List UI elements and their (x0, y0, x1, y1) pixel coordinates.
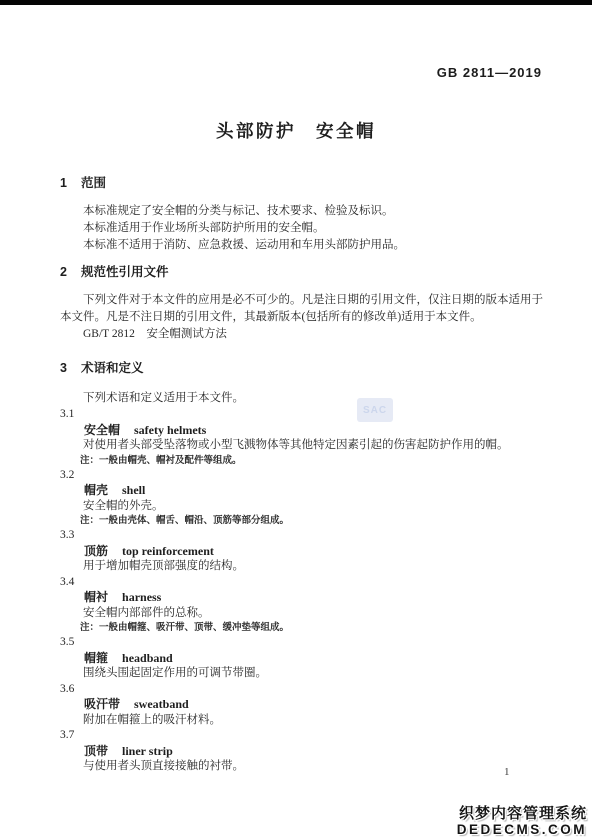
section-number: 3 (60, 360, 67, 376)
paragraph: 下列术语和定义适用于本文件。 (60, 390, 544, 407)
section-3-intro: 下列术语和定义适用于本文件。 (60, 390, 544, 407)
term-en: sweatband (134, 697, 189, 711)
cms-watermark: 织梦内容管理系统 DEDECMS.COM (457, 805, 587, 838)
term-note: 注：一般由壳体、帽舌、帽沿、顶筋等部分组成。 (60, 514, 544, 528)
term-block: 3.4 帽衬harness 安全帽内部部件的总称。 注：一般由帽箍、吸汗带、顶带… (60, 575, 544, 636)
term-zh: 顶带 (84, 744, 108, 758)
section-title: 范围 (81, 176, 106, 190)
section-number: 2 (60, 264, 67, 280)
terms-list: 3.1 安全帽safety helmets 对使用者头部受坠落物或小型飞溅物体等… (60, 407, 544, 775)
cms-watermark-line1: 织梦内容管理系统 (457, 805, 587, 822)
term-block: 3.2 帽壳shell 安全帽的外壳。 注：一般由壳体、帽舌、帽沿、顶筋等部分组… (60, 468, 544, 529)
page-number: 1 (504, 766, 510, 778)
term-definition: 安全帽内部部件的总称。 (60, 606, 544, 622)
section-title: 术语和定义 (81, 361, 144, 375)
paragraph: 本标准不适用于消防、应急救援、运动用和车用头部防护用品。 (60, 237, 544, 254)
term-line: 顶带liner strip (60, 744, 544, 760)
normative-reference: GB/T 2812 安全帽测试方法 (60, 326, 544, 343)
term-definition: 附加在帽箍上的吸汗材料。 (60, 713, 544, 729)
term-note: 注：一般由帽箍、吸汗带、顶带、缓冲垫等组成。 (60, 621, 544, 635)
section-3-heading: 3术语和定义 (60, 360, 544, 376)
paragraph: 本标准适用于作业场所头部防护所用的安全帽。 (60, 220, 544, 237)
term-number: 3.1 (60, 407, 544, 423)
term-block: 3.1 安全帽safety helmets 对使用者头部受坠落物或小型飞溅物体等… (60, 407, 544, 468)
term-en: harness (122, 590, 161, 604)
term-line: 帽衬harness (60, 590, 544, 606)
term-zh: 顶筋 (84, 544, 108, 558)
doc-code: GB 2811—2019 (437, 66, 542, 80)
document-page: GB 2811—2019 头部防护 安全帽 1范围 本标准规定了安全帽的分类与标… (0, 0, 592, 839)
term-number: 3.6 (60, 682, 544, 698)
paragraph: 本标准规定了安全帽的分类与标记、技术要求、检验及标识。 (60, 203, 544, 220)
term-block: 3.7 顶带liner strip 与使用者头顶直接接触的衬带。 (60, 728, 544, 775)
page-title: 头部防护 安全帽 (0, 118, 592, 143)
term-en: headband (122, 651, 173, 665)
term-number: 3.4 (60, 575, 544, 591)
term-number: 3.5 (60, 635, 544, 651)
term-zh: 安全帽 (84, 423, 120, 437)
document-body: 1范围 本标准规定了安全帽的分类与标记、技术要求、检验及标识。 本标准适用于作业… (60, 175, 544, 775)
term-zh: 帽壳 (84, 483, 108, 497)
term-en: liner strip (122, 744, 173, 758)
term-en: shell (122, 483, 145, 497)
term-number: 3.7 (60, 728, 544, 744)
term-line: 帽箍headband (60, 651, 544, 667)
term-line: 帽壳shell (60, 483, 544, 499)
section-2-heading: 2规范性引用文件 (60, 264, 544, 280)
term-number: 3.3 (60, 528, 544, 544)
term-en: safety helmets (134, 423, 206, 437)
term-note: 注：一般由帽壳、帽衬及配件等组成。 (60, 454, 544, 468)
term-zh: 帽衬 (84, 590, 108, 604)
term-number: 3.2 (60, 468, 544, 484)
term-zh: 吸汗带 (84, 697, 120, 711)
section-1-heading: 1范围 (60, 175, 544, 191)
term-definition: 围绕头围起固定作用的可调节带圈。 (60, 666, 544, 682)
section-title: 规范性引用文件 (81, 265, 169, 279)
term-block: 3.6 吸汗带sweatband 附加在帽箍上的吸汗材料。 (60, 682, 544, 729)
section-2-paragraphs: 下列文件对于本文件的应用是必不可少的。凡是注日期的引用文件，仅注日期的版本适用于… (60, 292, 544, 343)
section-1-paragraphs: 本标准规定了安全帽的分类与标记、技术要求、检验及标识。 本标准适用于作业场所头部… (60, 203, 544, 254)
section-number: 1 (60, 175, 67, 191)
term-definition: 用于增加帽壳顶部强度的结构。 (60, 559, 544, 575)
term-line: 顶筋top reinforcement (60, 544, 544, 560)
scan-edge-bar (0, 0, 592, 5)
term-line: 安全帽safety helmets (60, 423, 544, 439)
cms-watermark-line2: DEDECMS.COM (457, 822, 587, 838)
paragraph: 下列文件对于本文件的应用是必不可少的。凡是注日期的引用文件，仅注日期的版本适用于… (60, 292, 544, 326)
term-block: 3.3 顶筋top reinforcement 用于增加帽壳顶部强度的结构。 (60, 528, 544, 575)
sac-watermark: SAC (357, 398, 393, 422)
term-en: top reinforcement (122, 544, 214, 558)
term-block: 3.5 帽箍headband 围绕头围起固定作用的可调节带圈。 (60, 635, 544, 682)
term-definition: 安全帽的外壳。 (60, 499, 544, 515)
term-line: 吸汗带sweatband (60, 697, 544, 713)
term-zh: 帽箍 (84, 651, 108, 665)
term-definition: 与使用者头顶直接接触的衬带。 (60, 759, 544, 775)
term-definition: 对使用者头部受坠落物或小型飞溅物体等其他特定因素引起的伤害起防护作用的帽。 (60, 438, 544, 454)
